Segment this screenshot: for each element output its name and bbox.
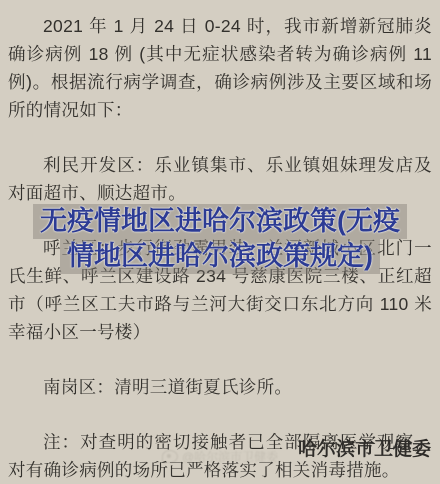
paragraph-hulan-district: 呼兰区：步行街劲霸男装、兰河新城小区北门一氏生鲜、呼兰区建设路 234 号慈康医… — [8, 234, 432, 346]
notice-body: 2021 年 1 月 24 日 0-24 时，我市新增新冠肺炎确诊病例 18 例… — [8, 12, 432, 484]
notice-footer: @哈尔滨市卫健委 哈尔滨市卫健委 — [0, 432, 440, 472]
notice-page: 2021 年 1 月 24 日 0-24 时，我市新增新冠肺炎确诊病例 18 例… — [0, 0, 440, 484]
paragraph-limin-district: 利民开发区：乐业镇集市、乐业镇姐妹理发店及对面超市、顺达超市。 — [8, 151, 432, 207]
weibo-icon — [162, 450, 178, 463]
watermark-text: @哈尔滨市卫健委 — [182, 448, 278, 465]
paragraph-nangang-district: 南岗区：清明三道街夏氏诊所。 — [8, 373, 432, 401]
paragraph-case-summary: 2021 年 1 月 24 日 0-24 时，我市新增新冠肺炎确诊病例 18 例… — [8, 12, 432, 124]
issuer-signature: 哈尔滨市卫健委 — [298, 434, 431, 461]
weibo-watermark: @哈尔滨市卫健委 — [162, 448, 278, 465]
